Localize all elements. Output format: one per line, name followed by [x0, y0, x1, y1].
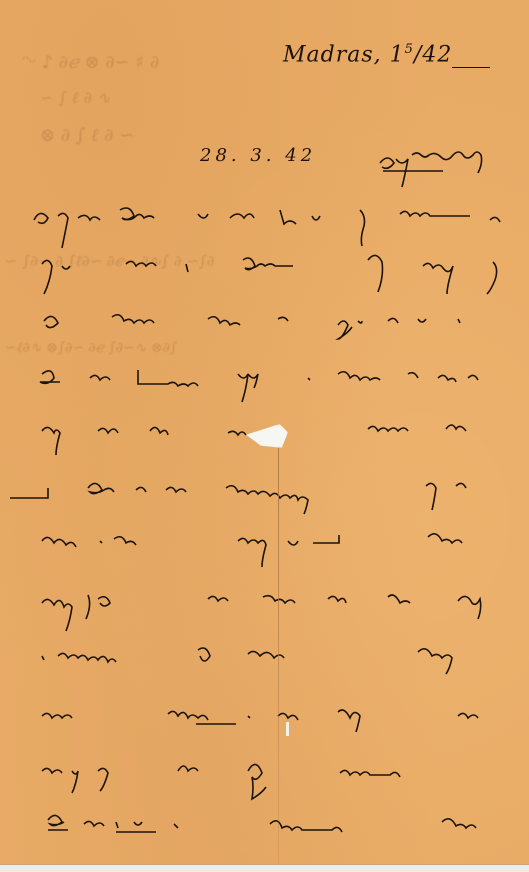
salutation-script — [378, 145, 528, 195]
handwritten-line-8 — [38, 585, 528, 635]
paper-nick — [286, 722, 289, 736]
date-month: 5 — [405, 42, 414, 57]
bleed-through-text: ⊗ ∂ ∫ ℓ ∂ ∽ — [40, 125, 134, 146]
date-day: 1 — [390, 42, 405, 67]
tamil-date-line: 28. 3. 42 — [200, 145, 316, 166]
handwritten-line-9 — [38, 640, 528, 690]
handwritten-line-2 — [38, 250, 518, 300]
paper-crease — [278, 430, 279, 864]
bleed-through-text: ᵔᵕ ♪ ∂ℯ ⊗ ∂∽ ♯ ∂ — [22, 52, 159, 73]
handwritten-line-7 — [38, 525, 528, 575]
place-name: Madras, — [283, 42, 382, 67]
scan-bottom-edge — [0, 864, 529, 872]
date-numerals: 28. 3. 42 — [200, 145, 316, 166]
handwritten-line-4 — [38, 362, 528, 412]
letter-page: ᵔᵕ ♪ ∂ℯ ⊗ ∂∽ ♯ ∂ ∽ ∫ ℓ ∂ ∿ ⊗ ∂ ∫ ℓ ∂ ∽ ∽… — [0, 0, 529, 864]
handwritten-line-10 — [38, 700, 528, 750]
letter-heading-place-date: Madras, 15/42 — [283, 42, 452, 67]
date-year: /42 — [414, 42, 452, 67]
handwritten-line-6 — [6, 472, 526, 522]
bleed-through-text: ∽ ∫ ℓ ∂ ∿ — [40, 88, 110, 108]
header-underline — [452, 67, 490, 68]
handwritten-line-3 — [38, 305, 518, 355]
handwritten-line-12-signoff — [44, 808, 524, 848]
handwritten-line-11 — [38, 755, 528, 805]
handwritten-line-1 — [30, 200, 520, 250]
